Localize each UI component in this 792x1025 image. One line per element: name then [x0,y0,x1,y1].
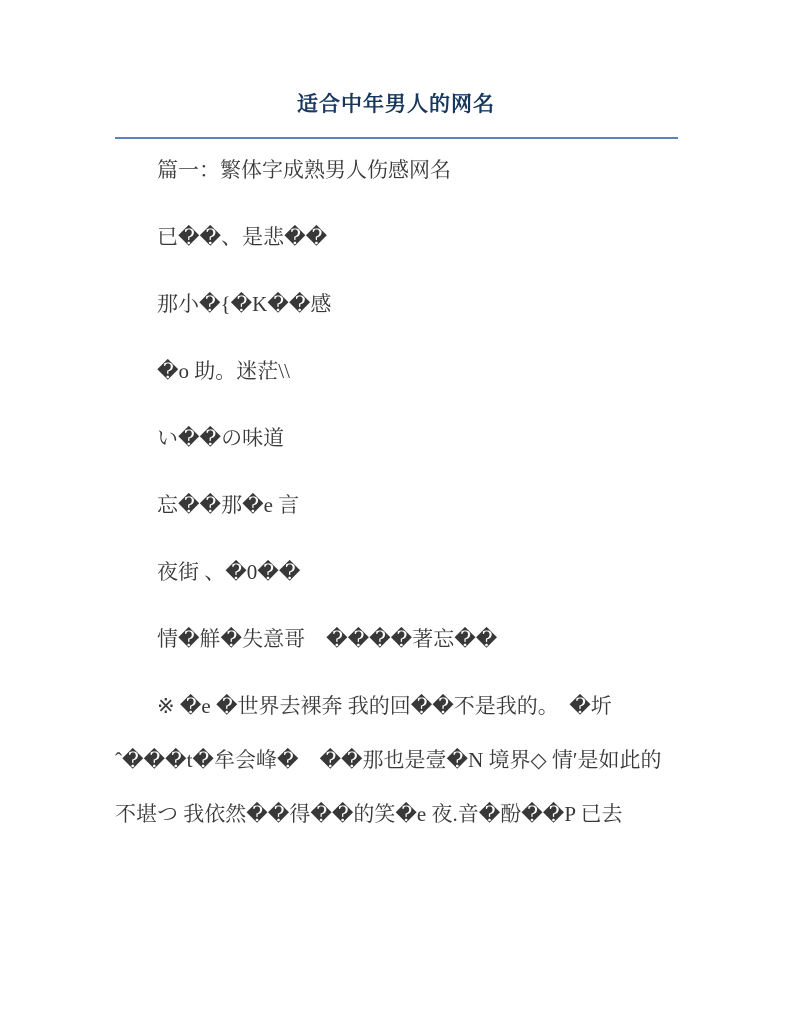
name-line: �o 助。迷茫\\ [115,361,679,382]
name-line: 忘��那�e 言 [115,495,679,516]
paragraph-line: 不堪つ 我依然��得��的笑�e 夜.音�酚��P 已去 [115,804,679,825]
paragraph-line: ※ �e �世界去裸奔 我的回��不是我的。 �圻 [115,696,679,717]
paragraph-line: ˆ���t�牟会峰� ��那也是壹�N 境界◇ 情′是如此的 [115,750,679,771]
name-line: 夜街 、�0�� [115,562,679,583]
name-line: 那小�{�K��感 [115,294,679,315]
name-line: 情�觧�失意哥 ����著忘�� [115,629,679,650]
section-heading: 篇一：繁体字成熟男人伤感网名 [115,160,679,181]
document-page: 适合中年男人的网名 篇一：繁体字成熟男人伤感网名 已��、是悲�� 那小�{�K… [0,0,792,1025]
page-title: 适合中年男人的网名 [0,88,792,118]
name-line: 已��、是悲�� [115,227,679,248]
closing-paragraph: ※ �e �世界去裸奔 我的回��不是我的。 �圻 ˆ���t�牟会峰� ��那… [115,696,679,825]
document-body: 篇一：繁体字成熟男人伤感网名 已��、是悲�� 那小�{�K��感 �o 助。迷… [115,160,679,858]
name-line: い��の味道 [115,428,679,449]
title-divider [115,137,678,139]
